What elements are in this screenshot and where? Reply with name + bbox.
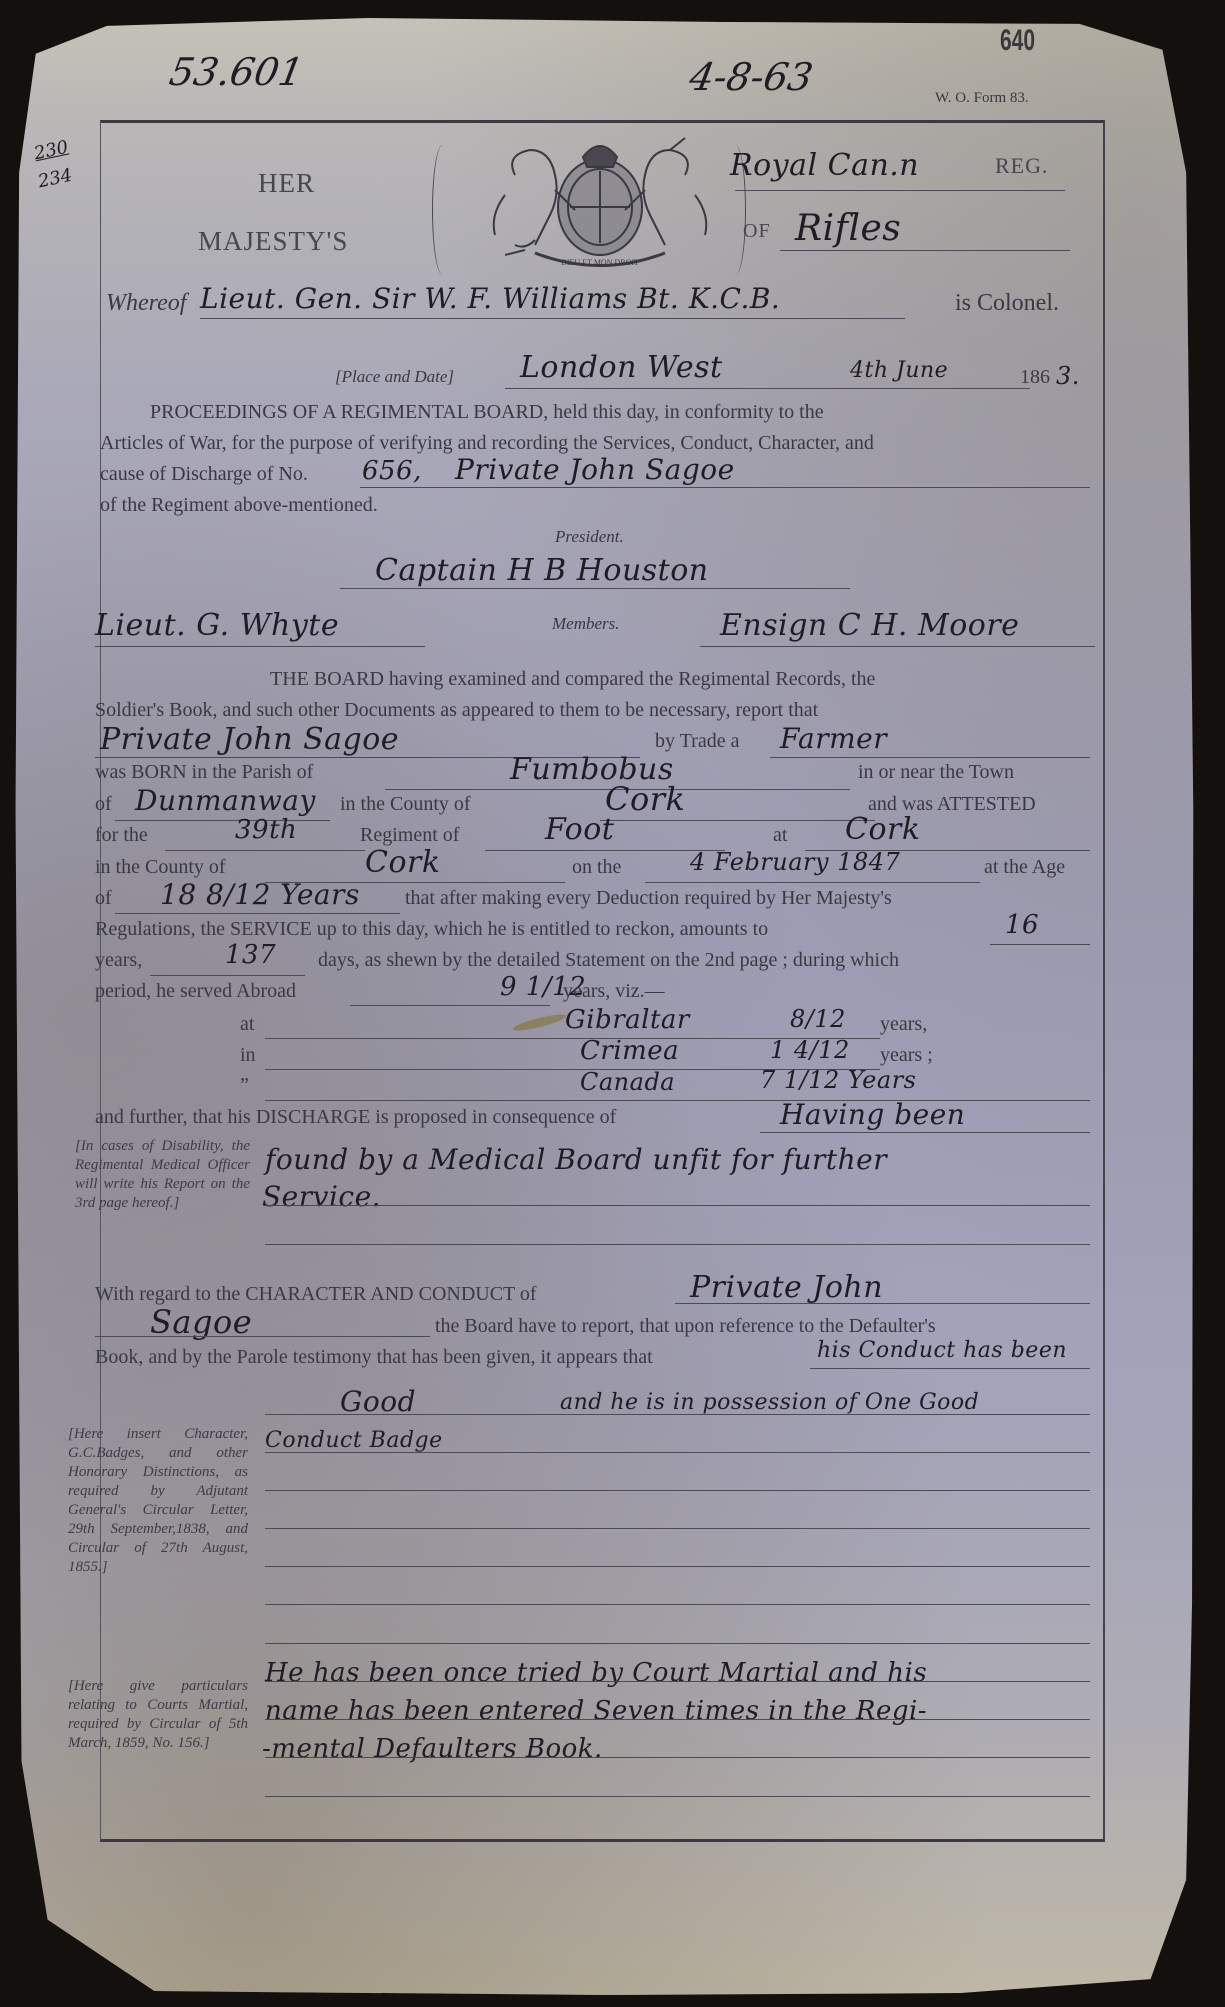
- year-suffix: 3.: [1056, 362, 1080, 390]
- court-martial-1: He has been once tried by Court Martial …: [265, 1658, 927, 1688]
- station-3-place: Canada: [580, 1068, 675, 1096]
- regiment-line: [735, 190, 1065, 191]
- abroad-label: period, he served Abroad: [95, 979, 296, 1003]
- place-date-label: [Place and Date]: [335, 365, 454, 389]
- court-martial-line-2: [265, 1719, 1090, 1720]
- station-2-prefix: in: [240, 1043, 256, 1067]
- county-line: [600, 820, 875, 821]
- regiment-name-line: [780, 250, 1070, 251]
- character-line-2: the Board have to report, that upon refe…: [435, 1314, 936, 1338]
- regiment-of-label: Regiment of: [360, 823, 459, 847]
- at-age-label: at the Age: [984, 855, 1065, 879]
- discharge-label: and further, that his DISCHARGE is propo…: [95, 1105, 616, 1129]
- discharge-reason-1: Having been: [780, 1098, 965, 1131]
- attest-date: 4 February 1847: [690, 848, 900, 876]
- age-value: 18 8/12 Years: [160, 878, 360, 911]
- age-line: [115, 913, 400, 914]
- regiment-number-line: [165, 850, 365, 851]
- disability-note: [In cases of Disability, the Regimental …: [75, 1137, 250, 1213]
- court-martial-line-1: [265, 1681, 1090, 1682]
- member-2-name: Ensign C H. Moore: [720, 608, 1019, 643]
- trade-label: by Trade a: [655, 729, 739, 753]
- station-1-duration: 8/12: [790, 1005, 846, 1033]
- for-the-label: for the: [95, 823, 148, 847]
- members-label: Members.: [552, 612, 620, 636]
- report-soldier-name: Private John Sagoe: [100, 722, 399, 757]
- proceedings-line-3: cause of Discharge of No.: [100, 462, 308, 486]
- badges-line-5: [265, 1604, 1090, 1605]
- discharge-reason-2: found by a Medical Board unfit for furth…: [265, 1143, 887, 1176]
- age-of-label: of: [95, 886, 112, 910]
- town-value: Dunmanway: [135, 784, 316, 817]
- royal-coat-of-arms-icon: DIEU ET MON DROIT: [475, 135, 725, 275]
- year-prefix: 186: [1020, 365, 1050, 389]
- place-date-line: [505, 388, 1030, 389]
- proceedings-line-4: of the Regiment above-mentioned.: [100, 493, 378, 517]
- colonel-label: is Colonel.: [955, 291, 1059, 315]
- whereof-label: Whereof: [106, 291, 186, 315]
- soldier-name-line: [360, 487, 1090, 488]
- regiment-type: Foot: [545, 812, 614, 847]
- station-2-suffix: years ;: [880, 1043, 933, 1067]
- town-line: [115, 820, 330, 821]
- regiment-prefix: Royal Can.n: [730, 148, 919, 183]
- station-3-duration: 7 1/12 Years: [760, 1066, 916, 1094]
- character-line-3: Book, and by the Parole testimony that h…: [95, 1345, 653, 1369]
- title-her: HER: [258, 168, 315, 199]
- regiment-name: Rifles: [795, 208, 901, 249]
- court-martial-line-4: [265, 1796, 1090, 1797]
- member-2-line: [700, 646, 1095, 647]
- president-line: [340, 588, 850, 589]
- badges-note: [Here insert Character, G.C.Badges, and …: [68, 1425, 248, 1577]
- of-label: OF: [743, 220, 771, 243]
- court-martial-3: -mental Defaulters Book.: [262, 1734, 603, 1764]
- court-martial-line-3: [265, 1757, 1090, 1758]
- place: London West: [520, 350, 723, 385]
- court-martial-2: name has been entered Seven times in the…: [265, 1696, 927, 1726]
- discharge-line-3: [265, 1244, 1090, 1245]
- badges-line-4: [265, 1566, 1090, 1567]
- reference-number: 53.601: [166, 50, 307, 94]
- service-years-line: [990, 944, 1090, 945]
- station-1-suffix: years,: [880, 1012, 927, 1036]
- proceedings-line-1: PROCEEDINGS OF A REGIMENTAL BOARD, held …: [150, 400, 824, 424]
- station-1-prefix: at: [240, 1012, 254, 1036]
- president-label: President.: [555, 525, 624, 549]
- viz-label: years, viz.—: [563, 979, 665, 1003]
- town-label: in or near the Town: [858, 760, 1014, 784]
- member-1-name: Lieut. G. Whyte: [95, 608, 339, 643]
- regiment-number: 39th: [235, 815, 297, 845]
- conduct-line-1: [810, 1368, 1090, 1369]
- soldier-number: 656,: [362, 456, 422, 486]
- member-1-line: [95, 646, 425, 647]
- date-stamp: 4-8-63: [686, 55, 816, 99]
- trade-value: Farmer: [780, 722, 887, 755]
- character-name-line-1: [675, 1303, 1090, 1304]
- station-2-duration: 1 4/12: [770, 1036, 850, 1064]
- years-label: years,: [95, 948, 142, 972]
- discharge-reason-3: Service.: [262, 1180, 381, 1213]
- report-line-1: THE BOARD having examined and compared t…: [270, 667, 875, 691]
- conduct-3: and he is in possession of One Good: [560, 1390, 979, 1415]
- proceedings-line-2: Articles of War, for the purpose of veri…: [100, 431, 874, 455]
- born-label: was BORN in the Parish of: [95, 760, 313, 784]
- form-number: W. O. Form 83.: [935, 90, 1029, 107]
- attest-date-line: [645, 882, 980, 883]
- at-label: at: [773, 823, 787, 847]
- bracket-left: [432, 145, 453, 275]
- discharge-line-2: [265, 1205, 1090, 1206]
- station-3-prefix: ”: [240, 1073, 249, 1097]
- county-label: in the County of: [340, 792, 471, 816]
- colonel-name: Lieut. Gen. Sir W. F. Williams Bt. K.C.B…: [200, 282, 780, 315]
- station-3-line: [265, 1100, 1090, 1101]
- badges-line-3: [265, 1528, 1090, 1529]
- page-number: 640: [1000, 24, 1035, 58]
- service-days-line: [150, 975, 305, 976]
- regiment-type-line: [485, 850, 725, 851]
- soldier-name: Private John Sagoe: [455, 453, 735, 486]
- discharge-line-1: [760, 1132, 1090, 1133]
- county-value: Cork: [605, 780, 685, 818]
- character-name-1: Private John: [690, 1270, 883, 1305]
- president-name: Captain H B Houston: [375, 553, 709, 588]
- courts-martial-note: [Here give particulars relating to Court…: [68, 1677, 248, 1753]
- attest-county: Cork: [365, 845, 441, 880]
- badges-line-6: [265, 1643, 1090, 1644]
- crest-motto: DIEU ET MON DROIT: [561, 258, 639, 267]
- service-years: 16: [1005, 910, 1039, 940]
- date: 4th June: [850, 358, 948, 383]
- town-of-label: of: [95, 792, 112, 816]
- service-text: Regulations, the SERVICE up to this day,…: [95, 917, 768, 941]
- deduction-text: that after making every Deduction requir…: [405, 886, 892, 910]
- station-1-place: Gibraltar: [565, 1005, 690, 1035]
- conduct-1: his Conduct has been: [817, 1338, 1067, 1363]
- title-majestys: MAJESTY'S: [198, 226, 348, 257]
- colonel-line: [200, 318, 905, 319]
- service-days: 137: [225, 940, 276, 970]
- badges-line-2: [265, 1490, 1090, 1491]
- on-the-label: on the: [572, 855, 621, 879]
- station-2-place: Crimea: [580, 1036, 679, 1066]
- attest-place: Cork: [845, 812, 921, 847]
- conduct-4: Conduct Badge: [265, 1428, 443, 1453]
- character-name-line-2: [95, 1336, 430, 1337]
- trade-line: [770, 757, 1090, 758]
- abroad-years-line: [350, 1005, 550, 1006]
- days-text: days, as shewn by the detailed Statement…: [318, 948, 899, 972]
- badges-line-1: [265, 1452, 1090, 1453]
- attest-county-label: in the County of: [95, 855, 226, 879]
- reg-label: REG.: [995, 153, 1049, 179]
- report-line-2: Soldier's Book, and such other Documents…: [95, 698, 818, 722]
- conduct-line-2: [265, 1414, 1090, 1415]
